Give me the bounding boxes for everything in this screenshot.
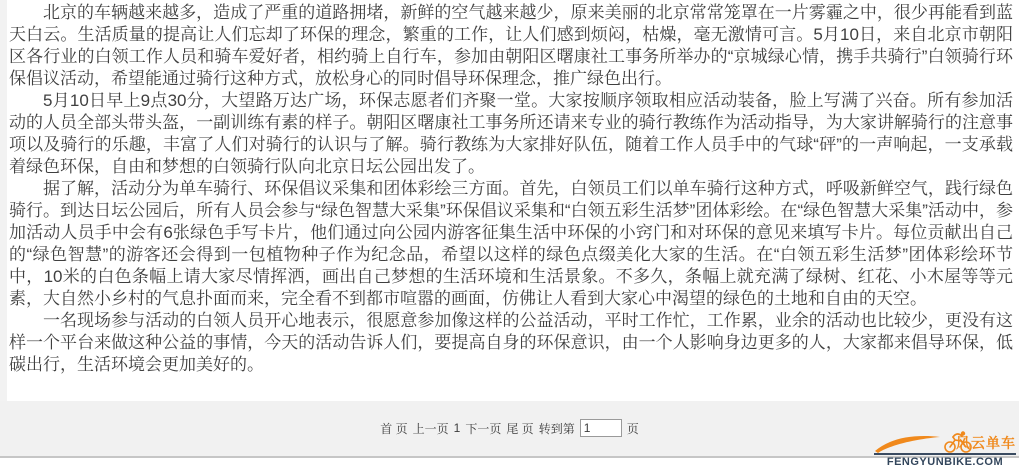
goto-page-input[interactable] — [580, 419, 622, 437]
logo-chinese-name: 风云单车 — [956, 433, 1016, 453]
current-page-number[interactable]: 1 — [454, 421, 461, 435]
article-paragraph: 北京的车辆越来越多，造成了严重的道路拥堵，新鲜的空气越来越少，原来美丽的北京常常… — [9, 2, 1013, 90]
logo-divider — [874, 453, 1016, 455]
first-page-link[interactable]: 首 页 — [380, 420, 407, 437]
fengyunbike-logo[interactable]: 风云单车 FENGYUNBIKE.COM — [874, 430, 1016, 467]
logo-domain-text: FENGYUNBIKE.COM — [874, 456, 1016, 468]
goto-page-suffix-label: 页 — [627, 420, 639, 437]
page-left-margin — [0, 0, 7, 402]
article-paragraph: 一名现场参与活动的白领人员开心地表示，很愿意参加像这样的公益活动，平时工作忙，工… — [9, 310, 1013, 376]
pagination-bar: 首 页 上一页 1 下一页 尾 页 转到第 页 — [0, 419, 1019, 437]
last-page-link[interactable]: 尾 页 — [506, 420, 533, 437]
article-paragraph: 5月10日早上9点30分，大望路万达广场，环保志愿者们齐聚一堂。大家按顺序领取相… — [9, 90, 1013, 178]
prev-page-link[interactable]: 上一页 — [413, 420, 449, 437]
next-page-link[interactable]: 下一页 — [465, 420, 501, 437]
article-paragraph: 据了解，活动分为单车骑行、环保倡议采集和团体彩绘三方面。首先，白领员工们以单车骑… — [9, 178, 1013, 310]
article-body: 北京的车辆越来越多，造成了严重的道路拥堵，新鲜的空气越来越少，原来美丽的北京常常… — [9, 2, 1013, 376]
goto-page-label: 转到第 — [539, 420, 575, 437]
article-page: 北京的车辆越来越多，造成了严重的道路拥堵，新鲜的空气越来越少，原来美丽的北京常常… — [0, 0, 1019, 468]
